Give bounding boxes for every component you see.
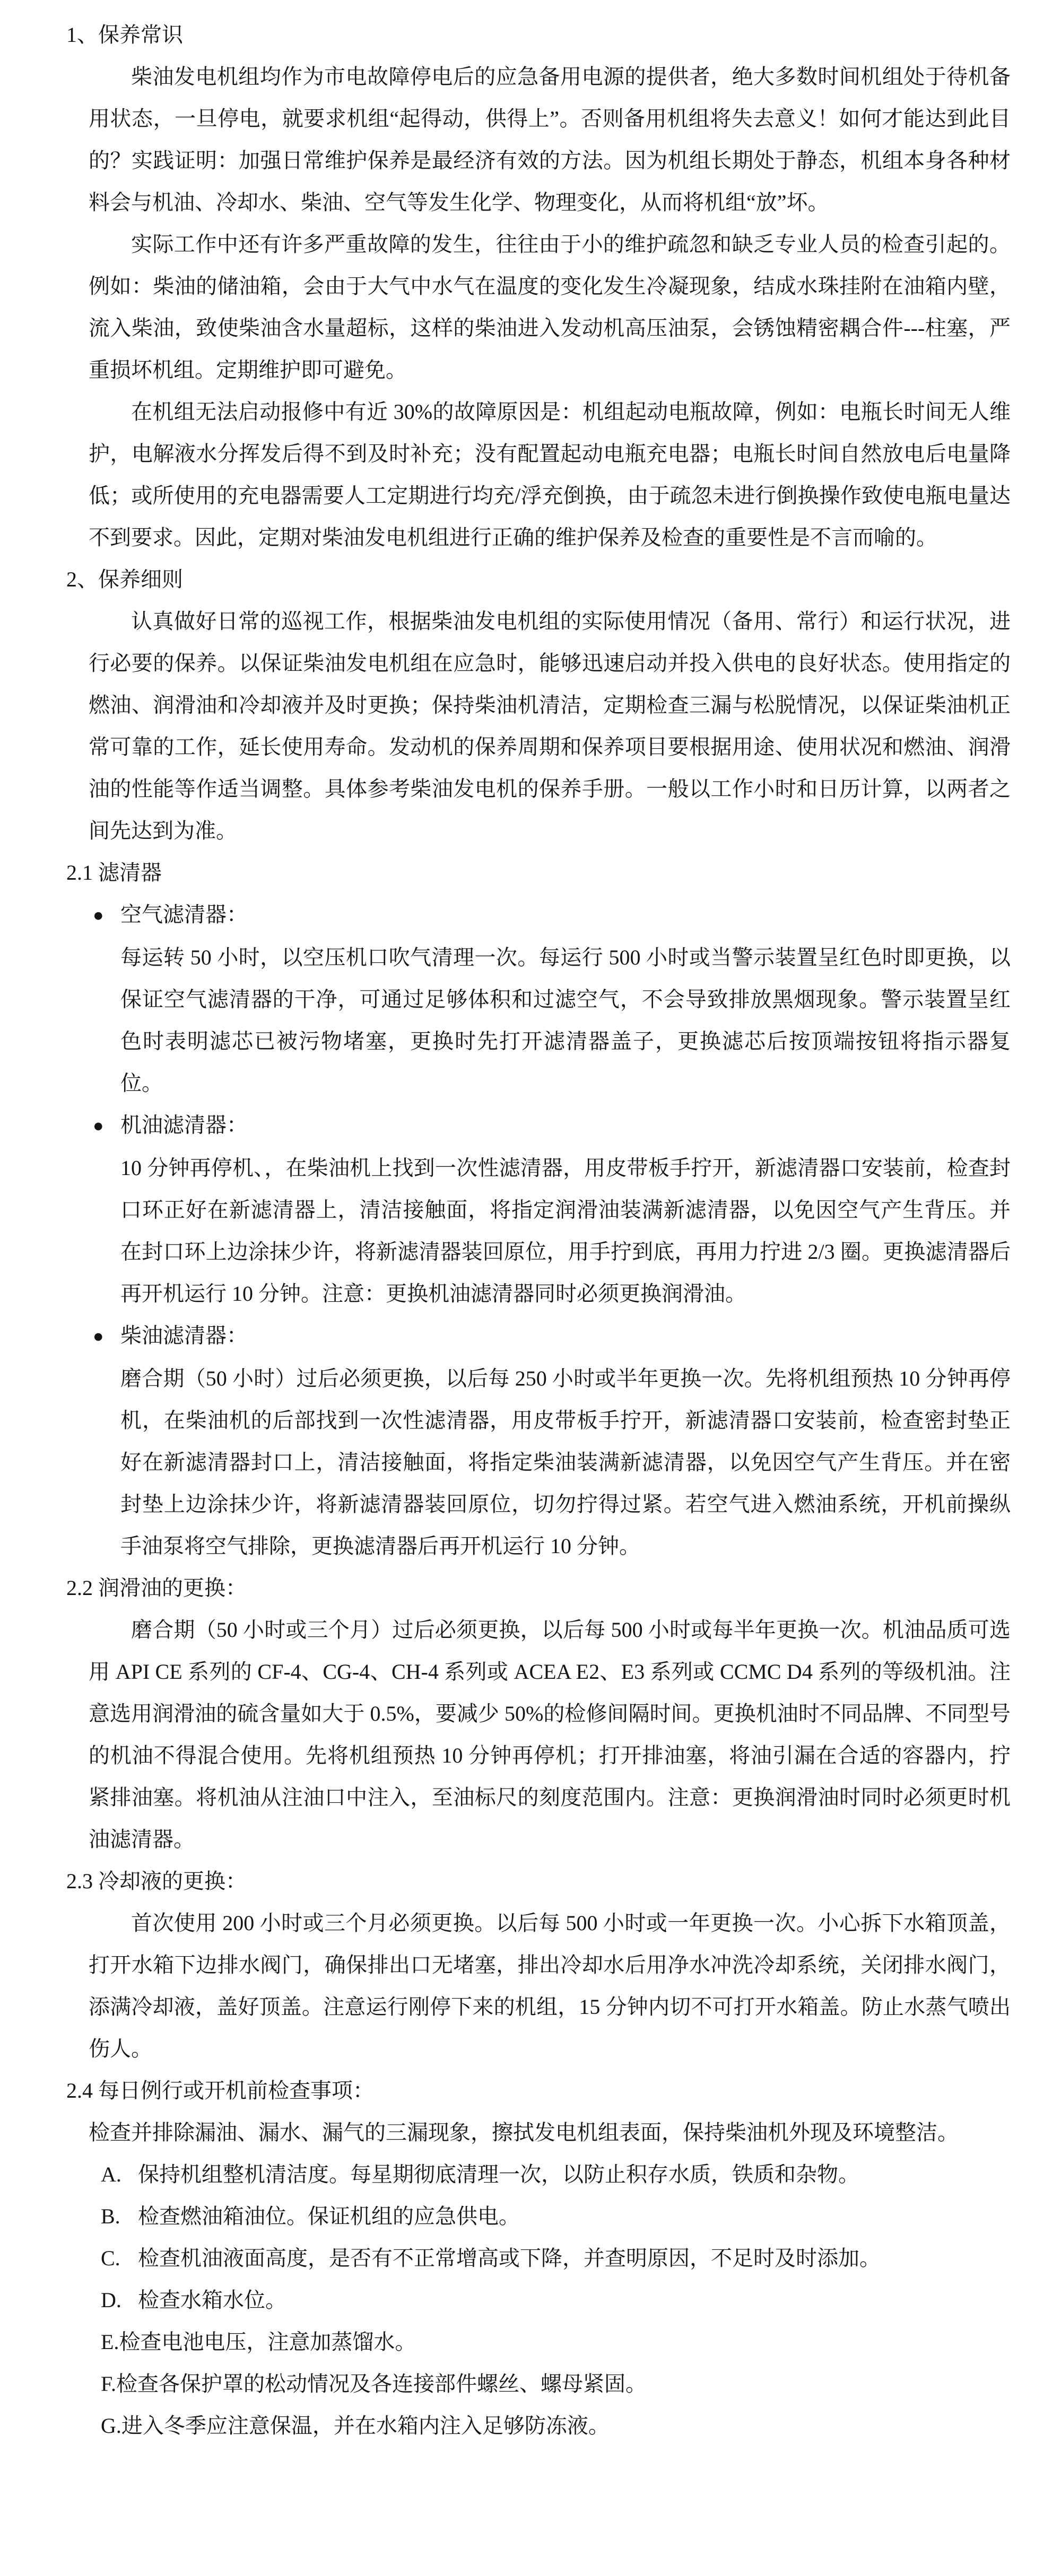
section-1-paragraph-2: 实际工作中还有许多严重故障的发生，往往由于小的维护疏忽和缺乏专业人员的检查引起的… [89, 223, 1011, 391]
check-item-marker: E. [101, 2330, 119, 2354]
bullet-item-air-filter: ●空气滤清器： [93, 893, 1011, 936]
check-item-marker: G. [101, 2414, 121, 2438]
diesel-filter-paragraph: 磨合期（50 小时）过后必须更换，以后每 250 小时或半年更换一次。先将机组预… [120, 1357, 1011, 1567]
bullet-item-oil-filter: ●机油滤清器： [93, 1104, 1011, 1147]
check-item-b: B.检查燃油箱油位。保证机组的应急供电。 [101, 2195, 1011, 2237]
bullet-label: 空气滤清器： [120, 903, 248, 926]
check-item-marker: D. [101, 2279, 138, 2321]
section-1-heading: 1、保养常识 [66, 14, 1011, 56]
check-item-text: 检查各保护罩的松动情况及各连接部件螺丝、螺母紧固。 [116, 2372, 647, 2396]
check-item-g: G.进入冬季应注意保温，并在水箱内注入足够防冻液。 [101, 2405, 1011, 2447]
subsection-2-1-heading: 2.1 滤清器 [66, 852, 1011, 893]
subsection-2-3-heading: 2.3 冷却液的更换： [66, 1860, 1011, 1902]
section-2-paragraph: 认真做好日常的巡视工作，根据柴油发电机组的实际使用情况（备用、常行）和运行状况，… [89, 600, 1011, 852]
check-item-c: C.检查机油液面高度，是否有不正常增高或下降，并查明原因，不足时及时添加。 [101, 2237, 1011, 2279]
air-filter-paragraph: 每运转 50 小时，以空压机口吹气清理一次。每运行 500 小时或当警示装置呈红… [120, 936, 1011, 1104]
coolant-paragraph: 首次使用 200 小时或三个月必须更换。以后每 500 小时或一年更换一次。小心… [89, 1902, 1011, 2070]
section-1-paragraph-3: 在机组无法启动报修中有近 30%的故障原因是：机组起动电瓶故障，例如：电瓶长时间… [89, 391, 1011, 558]
bullet-item-diesel-filter: ●柴油滤清器： [93, 1315, 1011, 1357]
subsection-2-2-heading: 2.2 润滑油的更换： [66, 1567, 1011, 1609]
check-item-text: 检查电池电压，注意加蒸馏水。 [119, 2330, 416, 2354]
check-item-text: 检查水箱水位。 [138, 2288, 286, 2312]
bullet-label: 机油滤清器： [120, 1113, 248, 1137]
section-2-heading: 2、保养细则 [66, 558, 1011, 600]
lube-oil-paragraph: 磨合期（50 小时或三个月）过后必须更换，以后每 500 小时或每半年更换一次。… [89, 1609, 1011, 1860]
check-item-marker: B. [101, 2195, 138, 2237]
check-item-text: 进入冬季应注意保温，并在水箱内注入足够防冻液。 [121, 2414, 610, 2438]
check-item-text: 保持机组整机清洁度。每星期彻底清理一次，以防止积存水质，铁质和杂物。 [138, 2162, 859, 2186]
check-item-d: D.检查水箱水位。 [101, 2279, 1011, 2321]
check-item-text: 检查燃油箱油位。保证机组的应急供电。 [138, 2204, 520, 2228]
check-item-marker: A. [101, 2153, 138, 2195]
check-item-text: 检查机油液面高度，是否有不正常增高或下降，并查明原因，不足时及时添加。 [138, 2246, 881, 2270]
daily-check-intro: 检查并排除漏油、漏水、漏气的三漏现象，擦拭发电机组表面，保持柴油机外现及环境整洁… [89, 2111, 1011, 2153]
check-item-marker: C. [101, 2237, 138, 2279]
subsection-2-4-heading: 2.4 每日例行或开机前检查事项： [66, 2070, 1011, 2111]
bullet-icon: ● [93, 895, 120, 936]
check-item-marker: F. [101, 2372, 116, 2396]
check-item-a: A.保持机组整机清洁度。每星期彻底清理一次，以防止积存水质，铁质和杂物。 [101, 2153, 1011, 2195]
check-item-f: F.检查各保护罩的松动情况及各连接部件螺丝、螺母紧固。 [101, 2363, 1011, 2405]
bullet-icon: ● [93, 1105, 120, 1147]
bullet-label: 柴油滤清器： [120, 1324, 248, 1347]
document-page: 1、保养常识 柴油发电机组均作为市电故障停电后的应急备用电源的提供者，绝大多数时… [0, 0, 1061, 2576]
oil-filter-paragraph: 10 分钟再停机、，在柴油机上找到一次性滤清器，用皮带板手拧开，新滤清器口安装前… [120, 1147, 1011, 1315]
check-item-e: E.检查电池电压，注意加蒸馏水。 [101, 2321, 1011, 2363]
section-1-paragraph-1: 柴油发电机组均作为市电故障停电后的应急备用电源的提供者，绝大多数时间机组处于待机… [89, 56, 1011, 223]
bullet-icon: ● [93, 1316, 120, 1357]
